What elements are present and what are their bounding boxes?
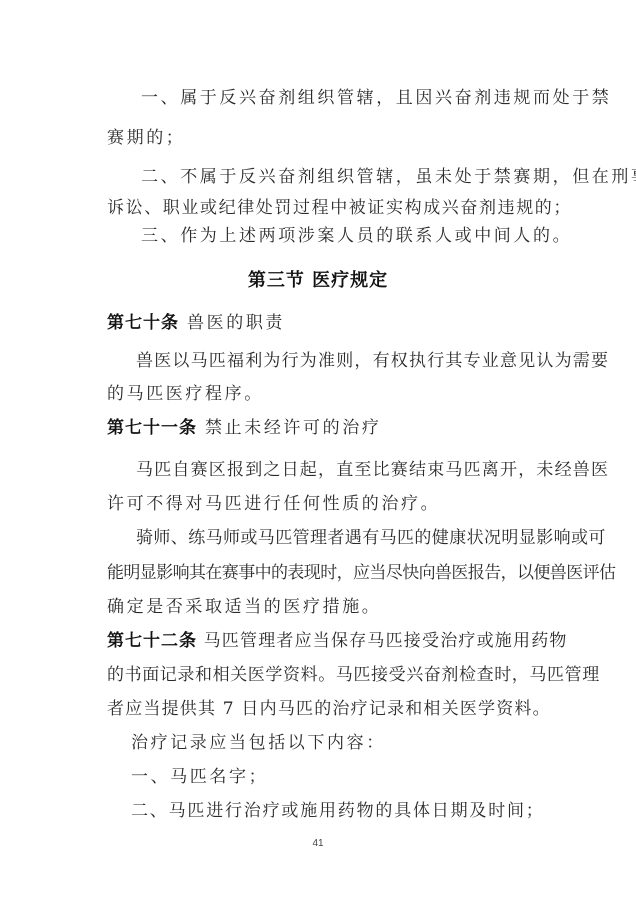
article-72-item-1: 一、马匹名字； xyxy=(131,767,268,787)
article-70-label: 第七十条 xyxy=(107,313,179,333)
document-page: 一、属于反兴奋剂组织管辖，且因兴奋剂违规而处于禁 赛期的； 二、不属于反兴奋剂组… xyxy=(0,0,636,900)
article-71-heading: 第七十一条 禁止未经许可的治疗 xyxy=(107,418,381,438)
article-70-heading: 第七十条 兽医的职责 xyxy=(107,313,285,333)
article-71-p2-line-1: 骑师、练马师或马匹管理者遇有马匹的健康状况明显影响或可 xyxy=(136,528,606,548)
article-71-title: 禁止未经许可的治疗 xyxy=(205,418,381,438)
article-71-p1-line-2: 许可不得对马匹进行任何性质的治疗。 xyxy=(107,494,440,514)
section-heading: 第三节 医疗规定 xyxy=(0,266,636,292)
article-71-p2-line-3: 确定是否采取适当的医疗措施。 xyxy=(107,597,381,617)
article-72-line-3: 者应当提供其 7 日内马匹的治疗记录和相关医学资料。 xyxy=(107,699,551,719)
article-72-label: 第七十二条 xyxy=(107,631,197,651)
clause-1-line-2: 赛期的； xyxy=(107,128,185,148)
article-71-p2-line-2: 能明显影响其在赛事中的表现时，应当尽快向兽医报告，以便兽医评估 xyxy=(107,563,615,583)
article-72-line-1: 第七十二条 马匹管理者应当保存马匹接受治疗或施用药物 xyxy=(107,631,568,651)
article-71-p1-line-1: 马匹自赛区报到之日起，直至比赛结束马匹离开，未经兽医 xyxy=(136,460,609,480)
clause-2-line-1: 二、不属于反兴奋剂组织管辖，虽未处于禁赛期，但在刑事 xyxy=(141,167,636,187)
article-71-label: 第七十一条 xyxy=(107,418,197,438)
article-72-p2: 治疗记录应当包括以下内容： xyxy=(131,733,386,753)
clause-3-line-1: 三、作为上述两项涉案人员的联系人或中间人的。 xyxy=(141,226,572,246)
article-70-body-line-1: 兽医以马匹福利为行为准则，有权执行其专业意见认为需要 xyxy=(136,351,609,371)
article-70-title: 兽医的职责 xyxy=(187,313,285,333)
clause-1-line-1: 一、属于反兴奋剂组织管辖，且因兴奋剂违规而处于禁 xyxy=(141,88,611,108)
article-70-body-line-2: 的马匹医疗程序。 xyxy=(107,384,264,404)
clause-2-line-2: 诉讼、职业或纪律处罚过程中被证实构成兴奋剂违规的； xyxy=(107,198,572,218)
article-72-item-2: 二、马匹进行治疗或施用药物的具体日期及时间； xyxy=(131,801,545,821)
page-number: 41 xyxy=(0,838,636,849)
article-72-line-2: 的书面记录和相关医学资料。马匹接受兴奋剂检查时，马匹管理 xyxy=(107,665,600,685)
article-72-line-1-text: 马匹管理者应当保存马匹接受治疗或施用药物 xyxy=(204,631,568,651)
